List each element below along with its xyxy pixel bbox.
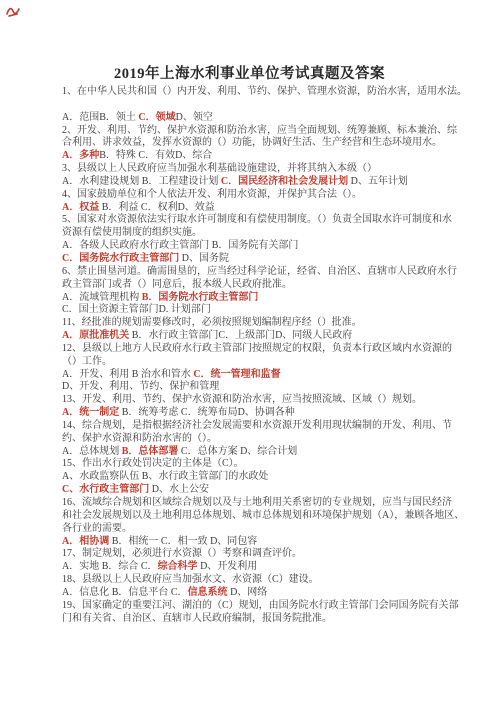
text-segment: D、开发、利用、节约、保护和管理 bbox=[62, 381, 219, 392]
document-line: 6、禁止围垦河道。确需围垦的，应当经过科学论证，经省、自治区、直辖市人民政府水行 bbox=[62, 266, 444, 279]
answer-highlight: A．统一制定 bbox=[62, 407, 119, 418]
text-segment: A、水政监察队伍 B、水行政主管部门的水政处 bbox=[62, 471, 268, 482]
text-segment: B．水行政主管部门C．上级部门D、同级人民政府 bbox=[129, 330, 352, 341]
document-line: A．水利建设规划 B．工程建设计划 C．国民经济和社会发展计划 D、五年计划 bbox=[62, 176, 444, 189]
document-line: 5、国家对水资源依法实行取水许可制度和有偿使用制度。（）负责全国取水许可制度和水 bbox=[62, 214, 444, 227]
document-line: A．开发、利用 B 治水和管水 C．统一管理和监督 bbox=[62, 369, 444, 382]
text-segment: 11、经批准的规划需要修改时，必须按照规划编制程序经（）批准。 bbox=[62, 317, 362, 328]
text-segment: 14、综合规划，是指根据经济社会发展需要和水资源开发利用现状编制的开发、利用、节 bbox=[62, 420, 452, 431]
document-line: 12、县级以上地方人民政府水行政主管部门按照规定的权限，负责本行政区域内水资源的 bbox=[62, 343, 444, 356]
document-line: A、水政监察队伍 B、水行政主管部门的水政处 bbox=[62, 471, 444, 484]
text-segment: 和社会发展规划以及土地利用总体规划、城市总体规划和环境保护规划（A），兼顾各地区… bbox=[62, 510, 464, 521]
document-line: 1、在中华人民共和国（）内开发、利用、节约、保护、管理水资源，防治水害，适用水法… bbox=[62, 86, 444, 99]
text-segment: 18、县级以上人民政府应当加强水文、水资源（C）建设。 bbox=[62, 574, 319, 585]
text-segment: 2、开发、利用、节约、保护水资源和防治水害，应当全面规划、统筹兼顾、标本兼治、综 bbox=[62, 125, 457, 136]
document-line: A．范围B．领土 C．领域D、领空 bbox=[62, 112, 444, 125]
document-line: 合利用、讲求效益，发挥水资源的（）功能，协调好生活、生产经营和生态环境用水。 bbox=[62, 137, 444, 150]
document-line: 资源有偿使用制度的组织实施。 bbox=[62, 227, 444, 240]
text-segment: A．开发、利用 B 治水和管水 bbox=[62, 369, 193, 380]
document-line: 16、流域综合规划和区域综合规划以及与土地利用关系密切的专业规划，应当与国民经济 bbox=[62, 497, 444, 510]
text-segment: D、五年计划 bbox=[348, 176, 408, 187]
document-line: 政主管部门或者（）同意后，报本级人民政府批准。 bbox=[62, 279, 444, 292]
document-line: 4、国家鼓励单位和个人依法开发、利用水资源，并保护其合法（）。 bbox=[62, 189, 444, 202]
text-segment: 6、禁止围垦河道。确需围垦的，应当经过科学论证，经省、自治区、直辖市人民政府水行 bbox=[62, 266, 457, 277]
document-title: 2019年上海水利事业单位考试真题及答案 bbox=[0, 62, 499, 83]
text-segment: 17、制定规划，必须进行水资源（）考察和调查评价。 bbox=[62, 548, 302, 559]
text-segment: 各行业的需要。 bbox=[62, 523, 132, 534]
text-segment: B．相统一 C．相一致 D、同包容 bbox=[109, 536, 257, 547]
red-corner-mark-icon bbox=[5, 5, 21, 19]
document-line: 19、国家确定的重要江河、湖泊的（C）规划，由国务院水行政主管部门会同国务院有关… bbox=[62, 600, 444, 613]
document-line: D、开发、利用、节约、保护和管理 bbox=[62, 381, 444, 394]
text-segment: A．流域管理机构 bbox=[62, 292, 142, 303]
document-line: 门和有关省、自治区、直辖市人民政府编制，报国务院批准。 bbox=[62, 613, 444, 626]
text-segment: B．特殊 C．有效D、综合 bbox=[99, 150, 212, 161]
text-segment: 3、县级以上人民政府应当加强水利基础设施建设，并将其纳入本级（） bbox=[62, 163, 377, 174]
text-segment: A．实地 B．综合 C． bbox=[62, 561, 158, 572]
text-segment: 合利用、讲求效益，发挥水资源的（）功能，协调好生活、生产经营和生态环境用水。 bbox=[62, 137, 442, 148]
document-line: A．流域管理机构 B．国务院水行政主管部门 bbox=[62, 292, 444, 305]
answer-highlight: A．多种 bbox=[62, 150, 99, 161]
answer-highlight: 综合科学 bbox=[158, 561, 198, 572]
text-segment: 门和有关省、自治区、直辖市人民政府编制，报国务院批准。 bbox=[62, 613, 332, 624]
document-line: C、水行政主管部门 D、水上公安 bbox=[62, 484, 444, 497]
document-line: 和社会发展规划以及土地利用总体规划、城市总体规划和环境保护规划（A），兼顾各地区… bbox=[62, 510, 444, 523]
document-body: 1、在中华人民共和国（）内开发、利用、节约、保护、管理水资源，防治水害，适用水法… bbox=[62, 86, 444, 625]
answer-highlight: C．国务院水行政主管部门 bbox=[62, 253, 179, 264]
document-line: A．总体规划 B．总体部署 C．总体方案 D、综合计划 bbox=[62, 446, 444, 459]
text-segment: C．国土资源主管部门D. 计划部门 bbox=[62, 304, 211, 315]
answer-highlight: C．国民经济和社会发展计划 bbox=[221, 176, 348, 187]
answer-highlight: C．统一管理和监督 bbox=[193, 369, 280, 380]
document-line: 11、经批准的规划需要修改时，必须按照规划编制程序经（）批准。 bbox=[62, 317, 444, 330]
document-line: C．国务院水行政主管部门 D、国务院 bbox=[62, 253, 444, 266]
text-segment: D、领空 bbox=[176, 112, 213, 123]
text-segment: 16、流域综合规划和区域综合规划以及与土地利用关系密切的专业规划，应当与国民经济 bbox=[62, 497, 452, 508]
blank-line bbox=[62, 99, 444, 112]
text-segment: 12、县级以上地方人民政府水行政主管部门按照规定的权限，负责本行政区域内水资源的 bbox=[62, 343, 452, 354]
answer-highlight: A．原批准机关 bbox=[62, 330, 129, 341]
text-segment: B．统筹考虑 C．统筹布局D、协调各种 bbox=[119, 407, 295, 418]
document-line: A．多种B．特殊 C．有效D、综合 bbox=[62, 150, 444, 163]
text-segment: 1、在中华人民共和国（）内开发、利用、节约、保护、管理水资源，防治水害，适用水法… bbox=[62, 86, 467, 97]
document-line: A．实地 B．综合 C．综合科学 D、开发利用 bbox=[62, 561, 444, 574]
text-segment: 约、保护水资源和防治水害的（）。 bbox=[62, 433, 217, 444]
document-line: 约、保护水资源和防治水害的（）。 bbox=[62, 433, 444, 446]
text-segment: A．总体规划 bbox=[62, 446, 122, 457]
document-line: 15、作出水行政处罚决定的主体是（C）。 bbox=[62, 458, 444, 471]
answer-highlight: B．国务院水行政主管部门 bbox=[142, 292, 259, 303]
text-segment: A．信息化 B．信息平台 C． bbox=[62, 587, 188, 598]
text-segment: 5、国家对水资源依法实行取水许可制度和有偿使用制度。（）负责全国取水许可制度和水 bbox=[62, 214, 452, 225]
document-line: 17、制定规划，必须进行水资源（）考察和调查评价。 bbox=[62, 548, 444, 561]
document-line: 14、综合规划，是指根据经济社会发展需要和水资源开发利用现状编制的开发、利用、节 bbox=[62, 420, 444, 433]
answer-highlight: A．权益 bbox=[62, 202, 99, 213]
text-segment: 资源有偿使用制度的组织实施。 bbox=[62, 227, 202, 238]
document-line: 各行业的需要。 bbox=[62, 523, 444, 536]
document-line: A．信息化 B．信息平台 C．信息系统 D、网络 bbox=[62, 587, 444, 600]
text-segment: A．各级人民政府水行政主管部门 B．国务院有关部门 bbox=[62, 240, 298, 251]
document-line: A．相协调 B．相统一 C．相一致 D、同包容 bbox=[62, 536, 444, 549]
text-segment: 政主管部门或者（）同意后，报本级人民政府批准。 bbox=[62, 279, 292, 290]
text-segment: C．总体方案 D、综合计划 bbox=[178, 446, 297, 457]
document-page: 2019年上海水利事业单位考试真题及答案 1、在中华人民共和国（）内开发、利用、… bbox=[0, 0, 499, 706]
document-line: A．权益 B．利益 C．权利D、效益 bbox=[62, 202, 444, 215]
document-line: A．各级人民政府水行政主管部门 B．国务院有关部门 bbox=[62, 240, 444, 253]
text-segment: D、国务院 bbox=[179, 253, 229, 264]
text-segment: A．范围B．领土 bbox=[62, 112, 138, 123]
answer-highlight: C、水行政主管部门 bbox=[62, 484, 149, 495]
document-line: 18、县级以上人民政府应当加强水文、水资源（C）建设。 bbox=[62, 574, 444, 587]
answer-highlight: 信息系统 bbox=[188, 587, 228, 598]
text-segment: A．水利建设规划 B．工程建设计划 bbox=[62, 176, 221, 187]
document-line: 13、开发、利用、节约、保护水资源和防治水害，应当按照流域、区域（）规划。 bbox=[62, 394, 444, 407]
document-line: A．原批准机关 B．水行政主管部门C．上级部门D、同级人民政府 bbox=[62, 330, 444, 343]
text-segment: D、开发利用 bbox=[198, 561, 258, 572]
document-line: 3、县级以上人民政府应当加强水利基础设施建设，并将其纳入本级（） bbox=[62, 163, 444, 176]
text-segment: （）工作。 bbox=[62, 356, 112, 367]
text-segment: B．利益 C．权利D、效益 bbox=[99, 202, 215, 213]
document-line: A．统一制定 B．统筹考虑 C．统筹布局D、协调各种 bbox=[62, 407, 444, 420]
text-segment: 4、国家鼓励单位和个人依法开发、利用水资源，并保护其合法（）。 bbox=[62, 189, 362, 200]
answer-highlight: A．相协调 bbox=[62, 536, 109, 547]
text-segment: D、网络 bbox=[228, 587, 268, 598]
answer-highlight: B．总体部署 bbox=[122, 446, 179, 457]
document-line: C．国土资源主管部门D. 计划部门 bbox=[62, 304, 444, 317]
text-segment: 15、作出水行政处罚决定的主体是（C）。 bbox=[62, 458, 244, 469]
text-segment: 13、开发、利用、节约、保护水资源和防治水害，应当按照流域、区域（）规划。 bbox=[62, 394, 422, 405]
text-segment: 19、国家确定的重要江河、湖泊的（C）规划，由国务院水行政主管部门会同国务院有关… bbox=[62, 600, 459, 611]
answer-highlight: C．领域 bbox=[138, 112, 175, 123]
document-line: 2、开发、利用、节约、保护水资源和防治水害，应当全面规划、统筹兼顾、标本兼治、综 bbox=[62, 125, 444, 138]
document-line: （）工作。 bbox=[62, 356, 444, 369]
text-segment: D、水上公安 bbox=[149, 484, 209, 495]
